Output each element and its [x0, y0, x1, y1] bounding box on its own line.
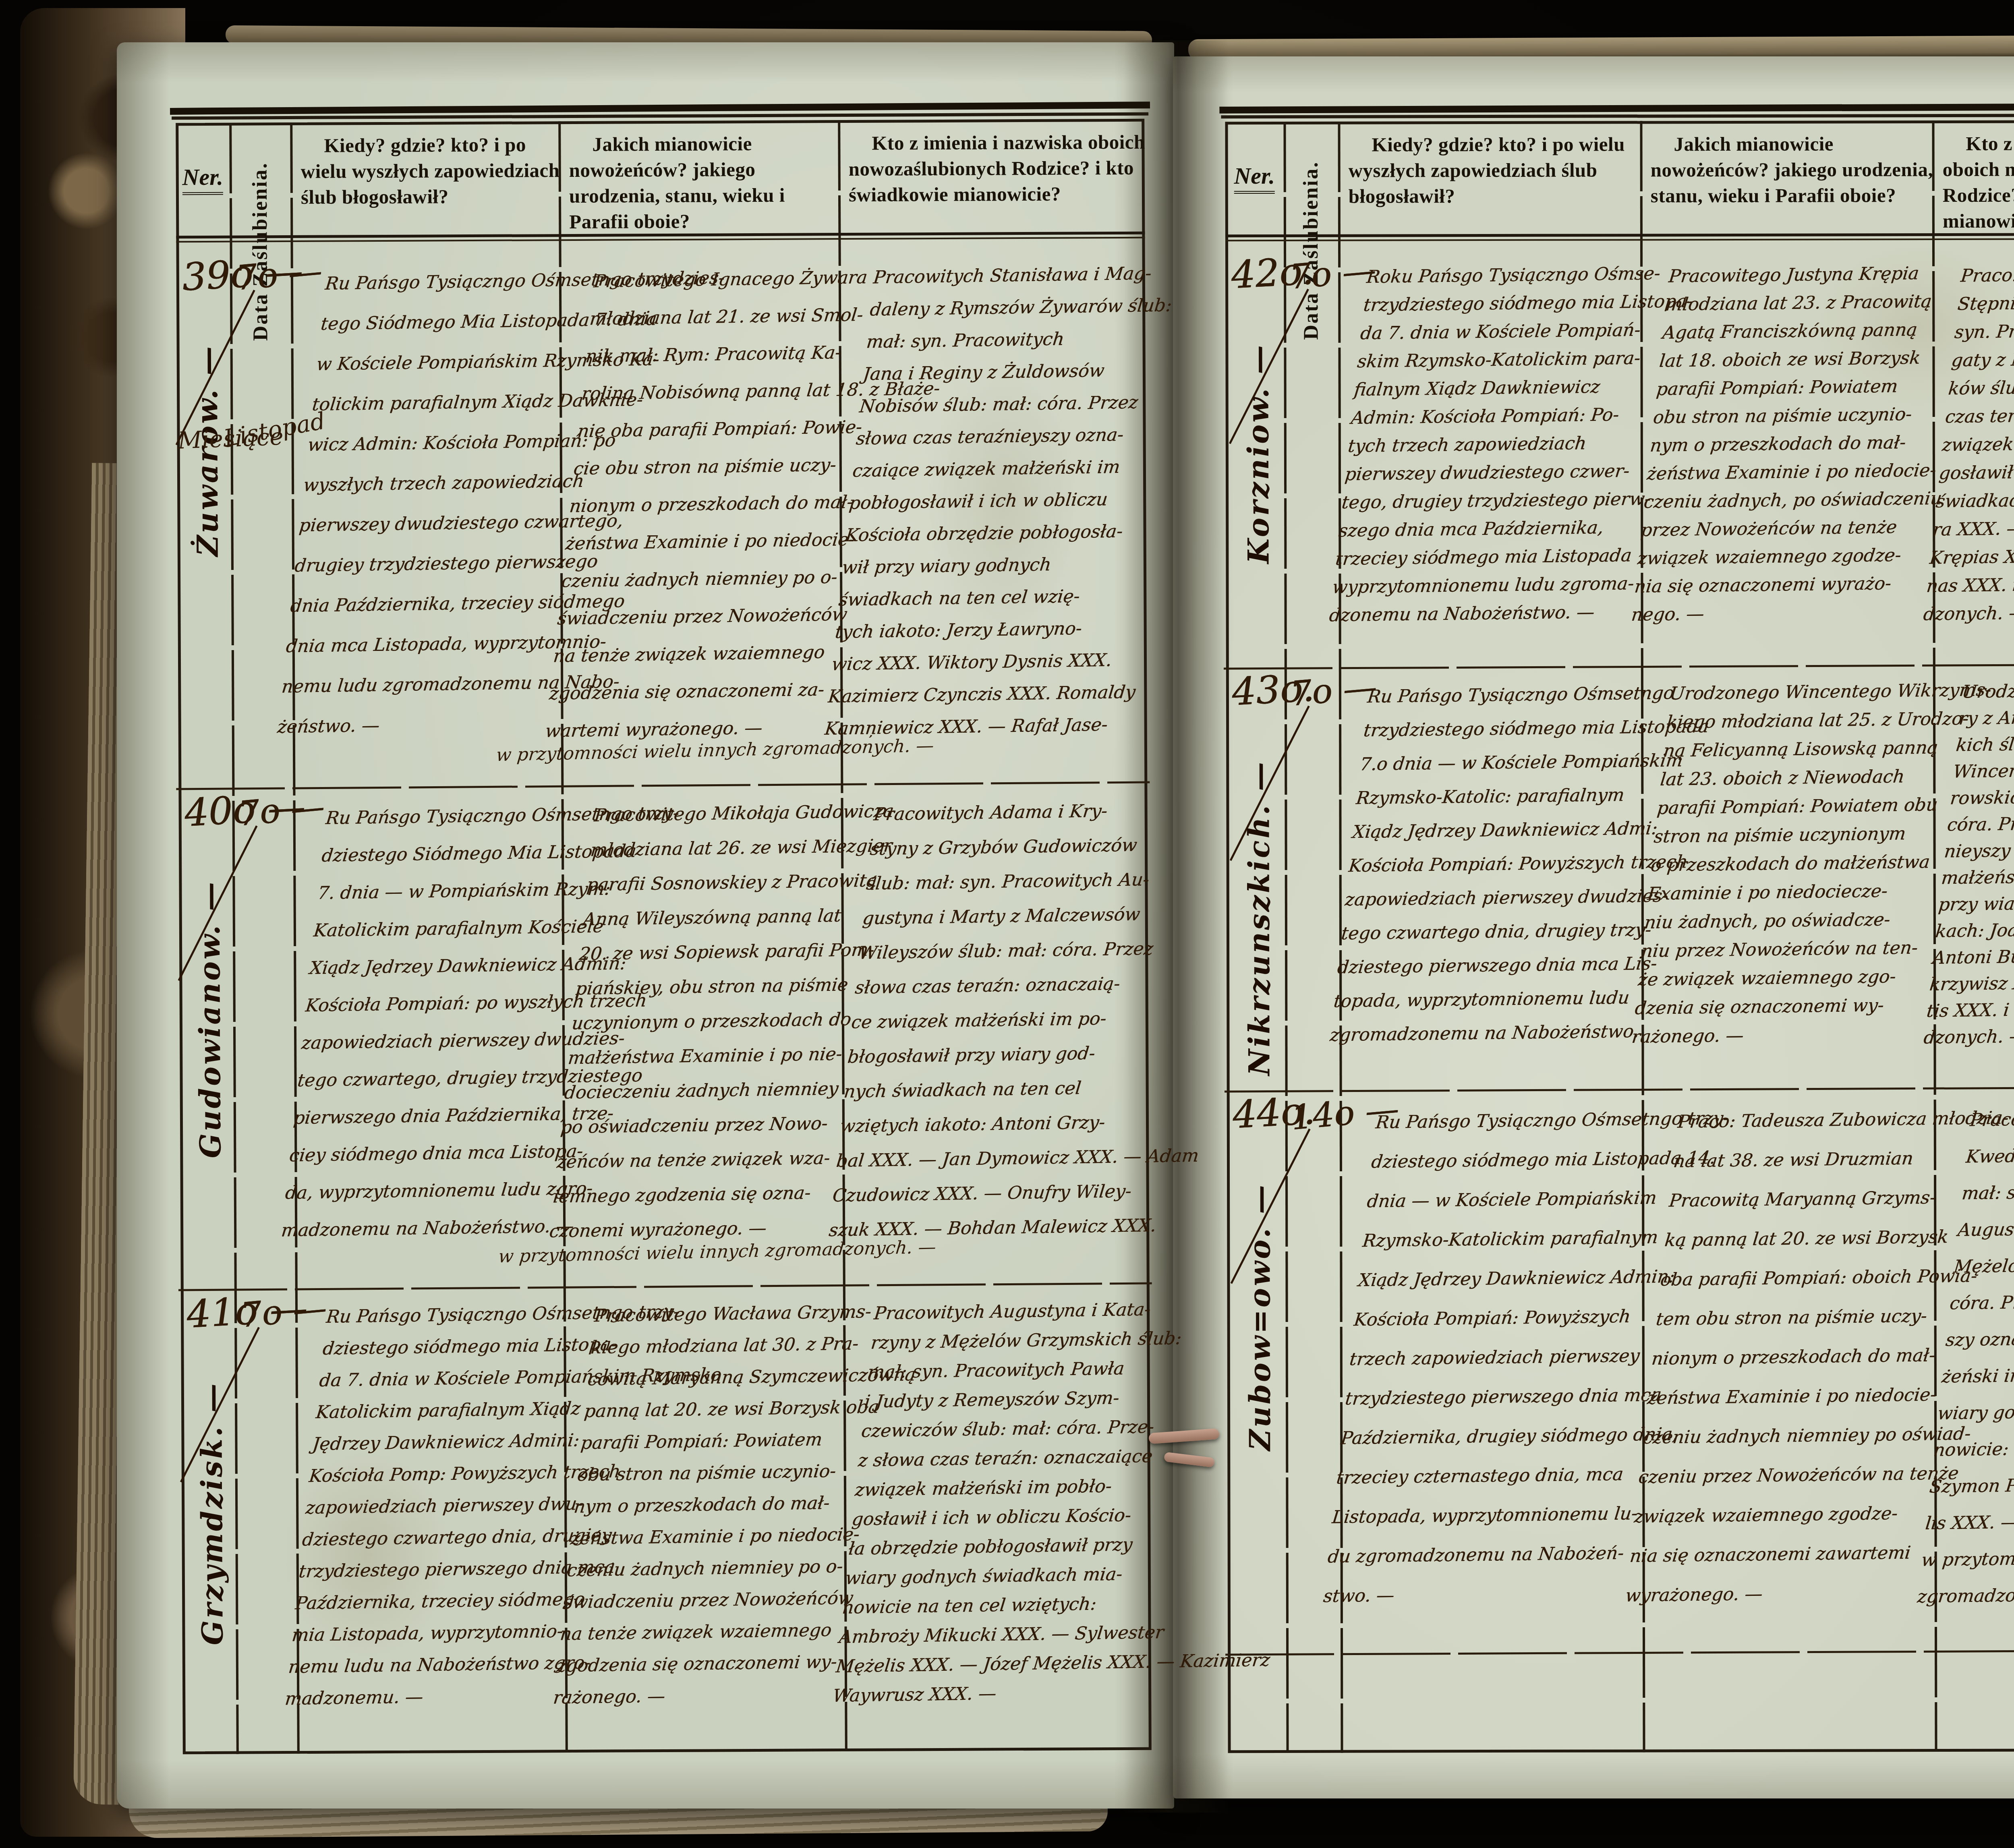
entry-date: 7o — [234, 251, 324, 298]
entry-margin-place-text: Zubow=owo. — [1242, 1183, 1277, 1451]
handwriting-line: bal XXX. — Jan Dymowicz XXX. — Adam [835, 1139, 1129, 1179]
handwriting-line: pierwszey dwudziestego czwartego, [297, 502, 554, 546]
handwriting-line: świadkach na ten cel wzię- [837, 580, 1131, 616]
handwriting-line: trzydziestego siódmego mia Listopada [1362, 711, 1652, 748]
handwriting-line: świadkach iakoto: Jan Kwede- [1934, 484, 2014, 516]
handwriting-line: wiary godnych świadkach mia- [844, 1559, 1138, 1593]
handwriting-line: Października, drugiey siódmego dnia, [1339, 1415, 1629, 1459]
handwriting-line: kiego młodziana lat 25. z Urodzo- [1665, 704, 1945, 736]
handwriting-line: małżeństwa Examinie i po nie- [566, 1037, 834, 1076]
handwriting-line: wicz Admin: Kościoła Pompiań: po [306, 421, 563, 465]
handwriting-line: gosławił przy wiary godnych [1937, 456, 2014, 487]
handwriting-line: Stępniów Krępiów ślub: mał: [1956, 287, 2014, 318]
header-witnesses: Kto z imienia i nazwiska oboich nowozaśl… [1932, 120, 2014, 244]
handwriting-line: młodziana lat 23. z Pracowitą [1664, 287, 1944, 319]
handwriting-line: trzydziestego siódmego mia Listopa- [1362, 288, 1651, 320]
handwriting-line: Krępias XXX. — Dawid Micielu- [1928, 541, 2014, 572]
handwriting-line: Ru Pańsgo Tysiączngo Ośmsetngo trzydzies… [323, 260, 580, 304]
handwriting-line: wyszłych trzech zapowiedziach [301, 462, 558, 506]
handwriting-line: Admin: Kościoła Pompiań: Po- [1349, 401, 1639, 433]
handwriting-line: pierwszego dnia Października, trze- [291, 1096, 548, 1137]
handwriting-line: pobłogosławił i ich w obliczu [847, 483, 1142, 520]
handwriting-line: gaty z Micielunów Francisz- [1950, 343, 2014, 375]
handwriting-line: Augustyna i Katarzyny z [1956, 1208, 2014, 1248]
register-table-left: Ner. Data Zaślubienia. Kiedy? gdzie? kto… [176, 119, 1152, 1754]
entry-date: 7o — [1289, 667, 1378, 714]
handwriting-line: związek wzaiemnego zgodze- [1636, 541, 1916, 573]
handwriting-line: mał: syn. Pracowitych Pawła [866, 1353, 1160, 1387]
handwriting-line: syn. Pracowitych Mateusza i A- [1953, 315, 2014, 346]
handwriting-line: młodziana lat 21. ze wsi Smol- [588, 296, 856, 338]
handwriting-line: nia się oznaczonemi wyrażo- [1633, 570, 1912, 601]
handwriting-line: Pracowitych Stanisława i Mag- [872, 257, 1166, 294]
handwriting-line: nowicie: Wawrzyniec Patemis XXX. — [1931, 1428, 2014, 1468]
handwriting-line: Xiądz Jędrzey Dawkniewicz Admin: [308, 946, 564, 987]
entry-margin-place-text: Gudowianow. — [192, 880, 227, 1158]
handwriting-line: nym o przeszkodach do mał- [572, 1487, 839, 1523]
handwriting-line: dziestego Siódmego Mia Listopada [320, 833, 576, 874]
handwriting-line: nia się oznaczonemi zawartemi [1628, 1533, 1908, 1576]
handwriting-line: daleny z Rymszów Żywarów ślub: [868, 290, 1162, 326]
handwriting-line: 7.o dnia — w Kościele Pompiańskim [1358, 744, 1648, 782]
handwriting-line: nego. — [1630, 598, 1909, 629]
handwriting-line: fialnym Xiądz Dawkniewicz [1353, 373, 1642, 404]
handwriting-line: żeński im pobłogosławił przy [1939, 1355, 2014, 1395]
handwriting-line: Pracowitego Justyna Krępia [1667, 259, 1947, 290]
handwriting-line: Pracowitych Adama i Kry- [872, 793, 1167, 832]
handwriting-line: Ru Pańsgo Tysiączngo Ośmsetngo [1365, 677, 1656, 714]
handwriting-line: ry z Andrzeykowiczów Wikrzyms- [1958, 702, 2014, 732]
handwriting-line: ślub: mał: syn. Pracowitych Au- [864, 862, 1159, 901]
handwriting-line: tem obu stron na piśmie uczy- [1654, 1297, 1935, 1339]
handwriting-line: dnia — w Kościele Pompiańskim [1365, 1179, 1656, 1222]
handwriting-line: Jana i Reginy z Żuldowsów [861, 354, 1155, 391]
entry-margin-place-text: Grzymdzisk. — [194, 1382, 230, 1645]
handwriting-line: związek wzaiemnego zgodze- [1632, 1494, 1913, 1537]
entry-cell-when: Roku Pańsgo Tysiączngo Ośmse-trzydzieste… [1328, 260, 1654, 630]
handwriting-line: pierwszey dwudziestego czwer- [1343, 457, 1633, 489]
handwriting-line: młodziana lat 26. ze wsi Miezgier [588, 829, 856, 868]
handwriting-line: ków ślub: mał: córa. Przez słowa [1947, 371, 2014, 403]
handwriting-line: na tenże związek wzaiemnego [551, 634, 819, 675]
handwriting-line: Urodzonych Macieja i Barba- [1960, 675, 2014, 705]
handwriting-line: dnia Października, trzeciey siódmego [288, 582, 545, 626]
header-when: Kiedy? gdzie? kto? i po wielu wyszłych z… [1338, 121, 1661, 244]
handwriting-line: że związek wzaiemnego zgo- [1637, 962, 1916, 994]
header-witnesses: Kto z imienia i nazwiska oboich nowozaśl… [838, 119, 1166, 244]
handwriting-line: żeńców na tenże związek wza- [555, 1141, 823, 1180]
handwriting-line: Katolickim parafialnym Kościele [312, 908, 568, 949]
entry-date: 7o — [238, 1288, 328, 1335]
handwriting-line: zgromadzonych. — [1915, 1575, 2014, 1615]
handwriting-line: Antoni Burgo XXX. — Justyn Ne- [1931, 941, 2014, 971]
handwriting-line: Katolickim parafialnym Xiądz [314, 1393, 570, 1428]
handwriting-line: piańskiey, obu stron na piśmie [574, 968, 841, 1007]
handwriting-line: zgromadzonemu na Nabożeństwo. [1328, 1015, 1618, 1052]
handwriting-line: o przeszkodach do małżeństwa [1649, 848, 1929, 880]
entry-cell-who: Pracowitego Ignacego Żywaramłodziana lat… [543, 259, 860, 750]
entry-margin-place-text: Nikrzunszkich. — [1241, 760, 1276, 1076]
handwriting-line: Października, trzeciey siódmego [294, 1584, 549, 1619]
entry-cell-who: Pracowitego Justyna Krępiamłodziana lat … [1630, 259, 1946, 629]
handwriting-line: trzydziestego pierwszego dnia mca [1343, 1376, 1634, 1419]
handwriting-line: Praco: Józefa i Maryanny z [1959, 259, 2014, 290]
entry-cell-witnesses: Pracowitych Adama i Kry-styny z Grzybów … [827, 793, 1167, 1248]
handwriting-line: zgodzenia się oznaczonemi za- [547, 671, 815, 713]
handwriting-line: w Kościele Pompiańskim Rzymsko Ka- [314, 341, 571, 385]
register-entry: 42o.7o —Korzniow. —Roku Pańsgo Tysiączng… [1225, 249, 2014, 667]
handwriting-line: żeństwa Examinie i po niedocie- [564, 521, 831, 563]
handwriting-line: rzyny z Mężelów Grzymskich ślub: [869, 1324, 1163, 1358]
handwriting-line: Wincentego i Franciszki z Topo- [1952, 755, 2014, 785]
handwriting-line: na lat 38. ze wsi Druzmian [1671, 1138, 1952, 1181]
handwriting-line: iemnego zgodzenia się ozna- [551, 1176, 818, 1214]
handwriting-line: szego dnia mca Października, [1337, 514, 1627, 545]
handwriting-line: stron na piśmie uczynionym [1652, 819, 1932, 851]
handwriting-line: Kościoła obrzędzie pobłogosła- [844, 515, 1138, 552]
handwriting-line: Xiądz Jędrzey Dawkniewicz Admi: [1351, 812, 1641, 849]
handwriting-line: wił przy wiary godnych [840, 547, 1134, 584]
handwriting-line: Jędrzey Dawkniewicz Admini: [311, 1425, 567, 1460]
handwriting-line: Examinie i po niedociecze- [1646, 876, 1925, 908]
handwriting-line: nieyszy oznaczaiące związek [1943, 835, 2014, 865]
handwriting-line: Pracowitego Wacława Grzyms- [593, 1296, 860, 1332]
handwriting-line: Ru Pańsgo Tysiączngo Ośmsetngo trzy- [325, 1297, 580, 1333]
entry-margin-place: Zubow=owo. — [1231, 1183, 1289, 1636]
entry-cell-when: Ru Pańsgo Tysiączngo Ośmsetngo trzy-dzie… [283, 1297, 580, 1715]
handwriting-line: rażonego. — [551, 1678, 818, 1714]
handwriting-line: żeństwa Examinie i po niedocie- [569, 1519, 836, 1555]
handwriting-line: uczynionym o przeszkodach do [570, 1003, 837, 1041]
handwriting-line: krzywisz XXX. — Kazimierz Syru- [1928, 968, 2014, 998]
handwriting-line: żeństwa Examinie i po niedocie- [1645, 1376, 1926, 1418]
header-ner-label: Ner. [182, 164, 223, 195]
handwriting-line: roliną Nobisówną panną lat 18. z Błaże- [580, 371, 847, 413]
handwriting-line: niu żadnych, po oświadcze- [1643, 905, 1923, 937]
handwriting-line: 7. dnia — w Pompiańskim Rzym: [316, 871, 572, 912]
handwriting-line: ce związek małżeński im po- [850, 1001, 1144, 1040]
entry-margin-place: Grzymdzisk. — [185, 1382, 239, 1738]
handwriting-line: dnia mca Listopada, wyprzytomnio- [284, 623, 541, 667]
handwriting-line: Kościoła Pompiań: Powyższych [1352, 1297, 1643, 1340]
handwriting-line: ła obrzędzie pobłogosławił przy [847, 1530, 1141, 1564]
handwriting-line: trzydziestego pierwszego dnia mca [297, 1552, 553, 1587]
handwriting-line: ką panną lat 20. ze wsi Borzysk [1662, 1217, 1943, 1260]
header-when: Kiedy? gdzie? kto? i po wielu wyszłych z… [290, 121, 580, 246]
handwriting-line: szy oznaczaiące związek mał- [1944, 1318, 2014, 1358]
handwriting-line: oba parafii Pompiań: oboich Powia- [1658, 1257, 1939, 1300]
handwriting-line: niu przez Nowożeńców na ten- [1640, 934, 1919, 965]
handwriting-line: parafii Pompiań: Powiatem [579, 1423, 846, 1459]
handwriting-line: na tenże związek wzaiemnego [558, 1614, 825, 1650]
handwriting-line: parafii Pompiań: Powiatem obu [1656, 791, 1935, 822]
handwriting-line: Czudowicz XXX. — Onufry Wiley- [831, 1174, 1125, 1213]
handwriting-line: dziestego siódmego mia Listopa- [321, 1329, 577, 1365]
handwriting-line: Nobisów ślub: mał: córa. Przez [858, 386, 1152, 423]
handwriting-line: nie oba parafii Pompiań: Powie- [576, 409, 843, 450]
handwriting-line: Wileyszów ślub: mał: córa. Przez [857, 932, 1151, 971]
entry-cell-when: Ru Pańsgo Tysiączngo Ośmsetngotrzydziest… [1328, 677, 1656, 1052]
handwriting-line: zapowiedziach pierwszey dwu- [304, 1488, 560, 1524]
handwriting-line: wziętych iakoto: Antoni Grzy- [838, 1105, 1133, 1144]
handwriting-line: wicz XXX. Wiktory Dysnis XXX. [830, 644, 1124, 681]
handwriting-line: świadczeniu przez Nowożeńców [562, 1583, 829, 1618]
handwriting-line: zgodzenia się oznaczonemi wy- [555, 1646, 822, 1682]
handwriting-line: czeniu przez Nowożeńców na tenże [1636, 1454, 1917, 1497]
handwriting-line: związek małżeński im pobło- [854, 1471, 1148, 1505]
handwriting-line: docieczeniu żadnych niemniey [562, 1072, 830, 1110]
header-who: Jakich mianowicie nowożeńców? jakiego ur… [1640, 120, 1953, 244]
handwriting-line: nym o przeszkodach do mał- [1649, 429, 1928, 460]
handwriting-line: Ambroży Mikucki XXX. — Sylwester [837, 1618, 1131, 1652]
handwriting-line: trzech zapowiedziach pierwszey [1347, 1336, 1638, 1380]
handwriting-line: cowitą Maryanną Szymczewiczówną [586, 1360, 853, 1396]
handwriting-line: błogosławił przy wiary god- [846, 1036, 1140, 1075]
handwriting-line: Listopada, wyprzytomnionemu lu- [1330, 1494, 1621, 1537]
entry-date: 7o — [1288, 250, 1378, 297]
register-entry: 41o —7o —Grzymdzisk. —Ru Pańsgo Tysiączn… [181, 1285, 1152, 1754]
entry-margin-place: Nikrzunszkich. — [1230, 760, 1287, 1074]
handwriting-line: tego czwartego dnia, drugiey trzy- [1339, 914, 1629, 951]
handwriting-line: dzonych. — [1922, 1021, 2014, 1051]
handwriting-line: ciey siódmego dnia mca Listopa- [287, 1133, 544, 1174]
handwriting-line: nowicie na ten cel wziętych: [841, 1589, 1135, 1622]
handwriting-line: słowa czas teraźn: oznaczaią- [853, 966, 1148, 1005]
handwriting-line: Xiądz Jędrzey Dawkniewicz Admin: [1356, 1258, 1647, 1301]
handwriting-line: dzonych. — [1922, 597, 2014, 628]
header-ner-label: Ner. [1234, 162, 1275, 194]
entry-margin-place-text: Korzniow. — [1241, 343, 1275, 564]
handwriting-line: Pracowitego Ignacego Żywara [592, 259, 860, 300]
handwriting-line: stwo. — [1321, 1573, 1612, 1616]
entry-cell-who: Pracowitego Mikołaja Gudowiczamłodziana … [547, 794, 860, 1249]
register-entry: 44o.14o —Zubow=owo. —Ru Pańsgo Tysiączng… [1227, 1089, 2014, 1652]
handwriting-line: parafii Pompiań: Powiatem [1655, 372, 1934, 404]
handwriting-line: słowa czas teraźnieyszy ozna- [854, 418, 1148, 455]
handwriting-line: Kościoła Pomp: Powyższych trzech [307, 1456, 563, 1492]
handwriting-line: dziestego czwartego dnia, drugiey [300, 1520, 556, 1556]
handwriting-line: czeniu żadnych niemniey po o- [565, 1551, 832, 1587]
handwriting-line: da 7. dnia w Kościele Pompiańskim Rzymsk… [318, 1361, 574, 1396]
handwriting-line: lat 23. oboich z Niewodach [1659, 762, 1938, 794]
entry-cell-witnesses: Pracowitych Stanisława i Mag-daleny z Ry… [823, 257, 1166, 745]
handwriting-line: Mężelis XXX. — Józef Mężelis XXX. — Kazi… [834, 1647, 1128, 1681]
handwriting-line: z słowa czas teraźn: oznaczaiące [857, 1442, 1151, 1475]
entry-cell-who: Praco: Tadeusza Zubowicza młodzia-na lat… [1623, 1099, 1956, 1616]
handwriting-line: wiary godnych świadkach mia- [1935, 1392, 2014, 1432]
handwriting-line: 20. ze wsi Sopiewsk parafii Pom- [577, 933, 845, 972]
handwriting-line: Urodzonego Wincentego Wikrzyms- [1668, 676, 1948, 708]
header-ner: Ner. [176, 123, 230, 236]
entry-cell-when: Ru Pańsgo Tysiączngo Ośmsetngo trzydzies… [275, 260, 580, 748]
handwriting-line: żeństwa Examinie i po niedocie- [1645, 457, 1925, 488]
handwriting-line: Praco: Tadeusza Zubowicza młodzia- [1676, 1099, 1956, 1142]
handwriting-line: mia Listopada, wyprzytomnio- [290, 1616, 546, 1651]
register-entry: 39o —7o —Żuwarow. —MiesiąceListopadRu Pa… [176, 248, 1148, 787]
handwriting-line: nych świadkach na ten cel [842, 1070, 1136, 1109]
handwriting-line: czewiczów ślub: mał: córa. Prze- [860, 1412, 1154, 1446]
handwriting-line: cie obu stron na piśmie uczy- [572, 446, 839, 488]
handwriting-line: po oświadczeniu przez Nowo- [559, 1106, 826, 1145]
handwriting-line: da 7. dnia w Kościele Pompiań- [1359, 316, 1649, 348]
handwriting-line: madzonemu. — [283, 1679, 539, 1715]
photo-backdrop: 8. Ner. Data Zaślubienia. Kiedy? gdzie? … [0, 0, 2014, 1848]
handwriting-line: dziestego pierwszego dnia mca Lis- [1336, 947, 1626, 985]
handwriting-line: rowskich Lisowskich ślub: mał: [1949, 782, 2014, 812]
handwriting-line: dzenia się oznaczonemi wy- [1633, 991, 1913, 1023]
handwriting-line: skim Rzymsko-Katolickim para- [1356, 344, 1645, 376]
handwriting-line: Rzymsko-Katolic: parafialnym [1354, 778, 1644, 816]
handwriting-line: obu stron na piśmie uczynio- [1651, 400, 1931, 432]
handwriting-line: madzonemu na Nabożeństwo. — [279, 1208, 536, 1249]
handwriting-line: kiego młodziana lat 30. z Pra- [589, 1328, 856, 1364]
handwriting-line: parafii Sosnowskiey z Pracowitą [585, 864, 852, 903]
handwriting-line: rażonego. — [1630, 1019, 1910, 1051]
entry-cell-witnesses: Pracowitych Augustyna i Kata-rzyny z Męż… [831, 1295, 1167, 1711]
handwriting-line: tego, drugiey trzydziestego pierw- [1340, 485, 1630, 517]
handwriting-line: du zgromadzonemu na Nabożeń- [1326, 1534, 1616, 1577]
header-ner: Ner. [1225, 122, 1283, 234]
entry-date: 7o — [236, 787, 326, 834]
register-entry: 40o —7o —Gudowianow. —Ru Pańsgo Tysiączn… [178, 783, 1149, 1289]
entry-cell-who: Pracowitego Wacława Grzyms-kiego młodzia… [551, 1296, 860, 1713]
handwriting-line: tego czwartego, drugiey trzydziestego [295, 1058, 552, 1099]
handwriting-line: Pracowitych Józefa i Ewy z [1968, 1098, 2014, 1138]
handwriting-line: Pracowitego Mikołaja Gudowicza [593, 794, 860, 833]
header-who: Jakich mianowicie nowożeńców? jakiego ur… [558, 120, 859, 244]
handwriting-line: Ru Pańsgo Tysiączngo Ośmsetngo trzy- [1374, 1100, 1664, 1143]
handwriting-line: Agatą Franciszkówną panną [1661, 315, 1941, 347]
handwriting-line: Kazimierz Czynczis XXX. Romaldy [827, 676, 1121, 713]
handwriting-line: wyprzytomnionemu ludu zgroma- [1331, 570, 1620, 602]
handwriting-line: żeństwo. — [275, 703, 532, 747]
handwriting-line: świadczeniu przez Nowożeńców [555, 596, 823, 638]
handwriting-line: Roku Pańsgo Tysiączngo Ośmse- [1365, 260, 1655, 292]
handwriting-line: w przytomności wielu innych [1919, 1538, 2014, 1578]
entry-margin-place: Żuwarow. — [181, 344, 235, 772]
handwriting-line: czeniu żadnych, po oświadczeniu [1642, 485, 1922, 516]
handwriting-line: nemu ludu zgromadzonemu na Nabo- [280, 663, 537, 707]
handwriting-line: i Judyty z Remeyszów Szym- [863, 1383, 1157, 1417]
handwriting-line: ną Felicyanną Lisowską panną [1662, 733, 1941, 765]
handwriting-line: córa. Przez słowa czas teraź- [1946, 808, 2014, 838]
handwriting-line: kach: Joachim Lamberg XXX. — [1934, 915, 2014, 945]
handwriting-line: gosławił i ich w obliczu Kościo- [850, 1500, 1144, 1534]
handwriting-line: córa. Przez słowa czas teraźniey- [1948, 1282, 2014, 1322]
handwriting-line: Anną Wileyszówną panną lat [581, 899, 849, 937]
handwriting-line: lat 18. oboich ze wsi Borzysk [1658, 344, 1937, 375]
handwriting-line: topada, wyprzytomnionemu ludu [1332, 981, 1622, 1019]
handwriting-line: Rzymsko-Katolickim parafialnym [1360, 1218, 1651, 1261]
entry-cell-when: Ru Pańsgo Tysiączngo Ośmsetngo trzy-dzie… [279, 796, 580, 1249]
entry-margin-place: Gudowianow. — [183, 880, 236, 1273]
handwriting-line: czeniu żadnych niemniey po o- [559, 559, 827, 600]
handwriting-line: Pracowitą Maryanną Grzyms- [1667, 1178, 1948, 1220]
handwriting-line: zapowiedziach pierwszey dwudzies- [1343, 880, 1633, 917]
handwriting-line: dzonemu na Nabożeństwo. — [1328, 598, 1617, 630]
handwriting-line: mał: syn. Pracowitych [865, 322, 1159, 358]
handwriting-line: Kwederów Zubowiczów ślub: [1964, 1135, 2014, 1175]
handwriting-line: dziestego siódmego mia Listopada 14. [1369, 1139, 1660, 1182]
handwriting-line: tych iakoto: Jerzy Ławryno- [833, 612, 1127, 648]
handwriting-line: nemu ludu na Nabożeństwo zgro- [287, 1647, 543, 1683]
handwriting-line: tych trzech zapowiedziach [1347, 429, 1636, 461]
handwriting-line: lis XXX. — Michał Wayernas XXX. — [1923, 1502, 2014, 1541]
handwriting-line: obu stron na piśmie uczynio- [576, 1455, 843, 1491]
handwriting-line: tolickim parafialnym Xiądz Dawknie- [310, 381, 567, 425]
handwriting-line: trzeciey czternastego dnia, mca [1334, 1455, 1625, 1498]
handwriting-line: związek małżeński im pobło- [1941, 428, 2014, 459]
handwriting-line: Ru Pańsgo Tysiączngo Ośmsetngo trzy- [324, 796, 580, 837]
handwriting-line: Mężelów Grzymskich ślub: mał: [1952, 1245, 2014, 1285]
register-entry: 43o.7o —Nikrzunszkich. —Ru Pańsgo Tysiąc… [1226, 666, 2014, 1090]
handwriting-line: nas XXX. i przy innych zgroma- [1925, 569, 2014, 600]
handwriting-line: tego Siódmego Mia Listopada 7. dnia [319, 300, 576, 344]
entry-cell-who: Urodzonego Wincentego Wikrzyms-kiego mło… [1630, 676, 1948, 1051]
handwriting-line: Pracowitych Augustyna i Kata- [872, 1295, 1167, 1328]
handwriting-line: przy wiary godnych świad- [1937, 888, 2014, 918]
handwriting-line: trzeciey siódmego mia Listopada [1334, 542, 1624, 574]
entry-cell-when: Ru Pańsgo Tysiączngo Ośmsetngo trzy-dzie… [1321, 1100, 1664, 1616]
handwriting-line: gustyna i Marty z Malczewsów [861, 897, 1155, 936]
handwriting-line: Kościoła Pompiań: po wyszłych trzech [304, 983, 560, 1024]
handwriting-line: wyrażonego. — [1623, 1573, 1904, 1616]
handwriting-line: styny z Grzybów Gudowiczów [868, 828, 1162, 867]
handwriting-line: czaiące związek małżeński im [851, 451, 1145, 487]
handwriting-line: zapowiedziach pierwszey dwudzies- [300, 1021, 556, 1062]
handwriting-line: przez Nowożeńców na tenże [1639, 513, 1919, 545]
handwriting-line: panną lat 20. ze wsi Borzysk oba [582, 1392, 850, 1427]
handwriting-line: Waywrusz XXX. — [831, 1677, 1125, 1711]
handwriting-line: mał: syn. Pracowitych [1960, 1172, 2014, 1212]
handwriting-line: czeniu żadnych niemniey po oświad- [1641, 1415, 1921, 1458]
handwriting-line: kich ślub: mał: syn. Urodzonych [1954, 729, 2014, 758]
register-table-right: Ner. Data Zaślubienia. Kiedy? gdzie? kto… [1225, 120, 2014, 1753]
handwriting-line: małżeński im pobłogosławił [1940, 862, 2014, 891]
handwriting-line: nionym o przeszkodach do mał- [568, 484, 835, 525]
handwriting-line: nik mał: Rym: Pracowitą Ka- [584, 334, 852, 375]
handwriting-line: drugiey trzydziestego pierwszego [292, 542, 549, 586]
handwriting-line: nionym o przeszkodach do mał- [1649, 1336, 1930, 1379]
handwriting-line: tis XXX. i wielu innych zgroma- [1925, 994, 2014, 1024]
entry-margin-place: Korzniow. — [1229, 343, 1287, 651]
handwriting-line: da, wyprzytomnionemu ludu zgro- [283, 1171, 540, 1212]
handwriting-line: Szymon Pawlionis XXX. — Jan Skoro- [1927, 1465, 2014, 1505]
handwriting-line: Kościoła Pompiań: Powyższych trzech [1347, 846, 1637, 883]
handwriting-line: czas teraźnieyszy oznaczaiące [1944, 400, 2014, 431]
handwriting-line: ra XXX. — Jerzy Stępnias XXX. — Anioł [1931, 512, 2014, 544]
